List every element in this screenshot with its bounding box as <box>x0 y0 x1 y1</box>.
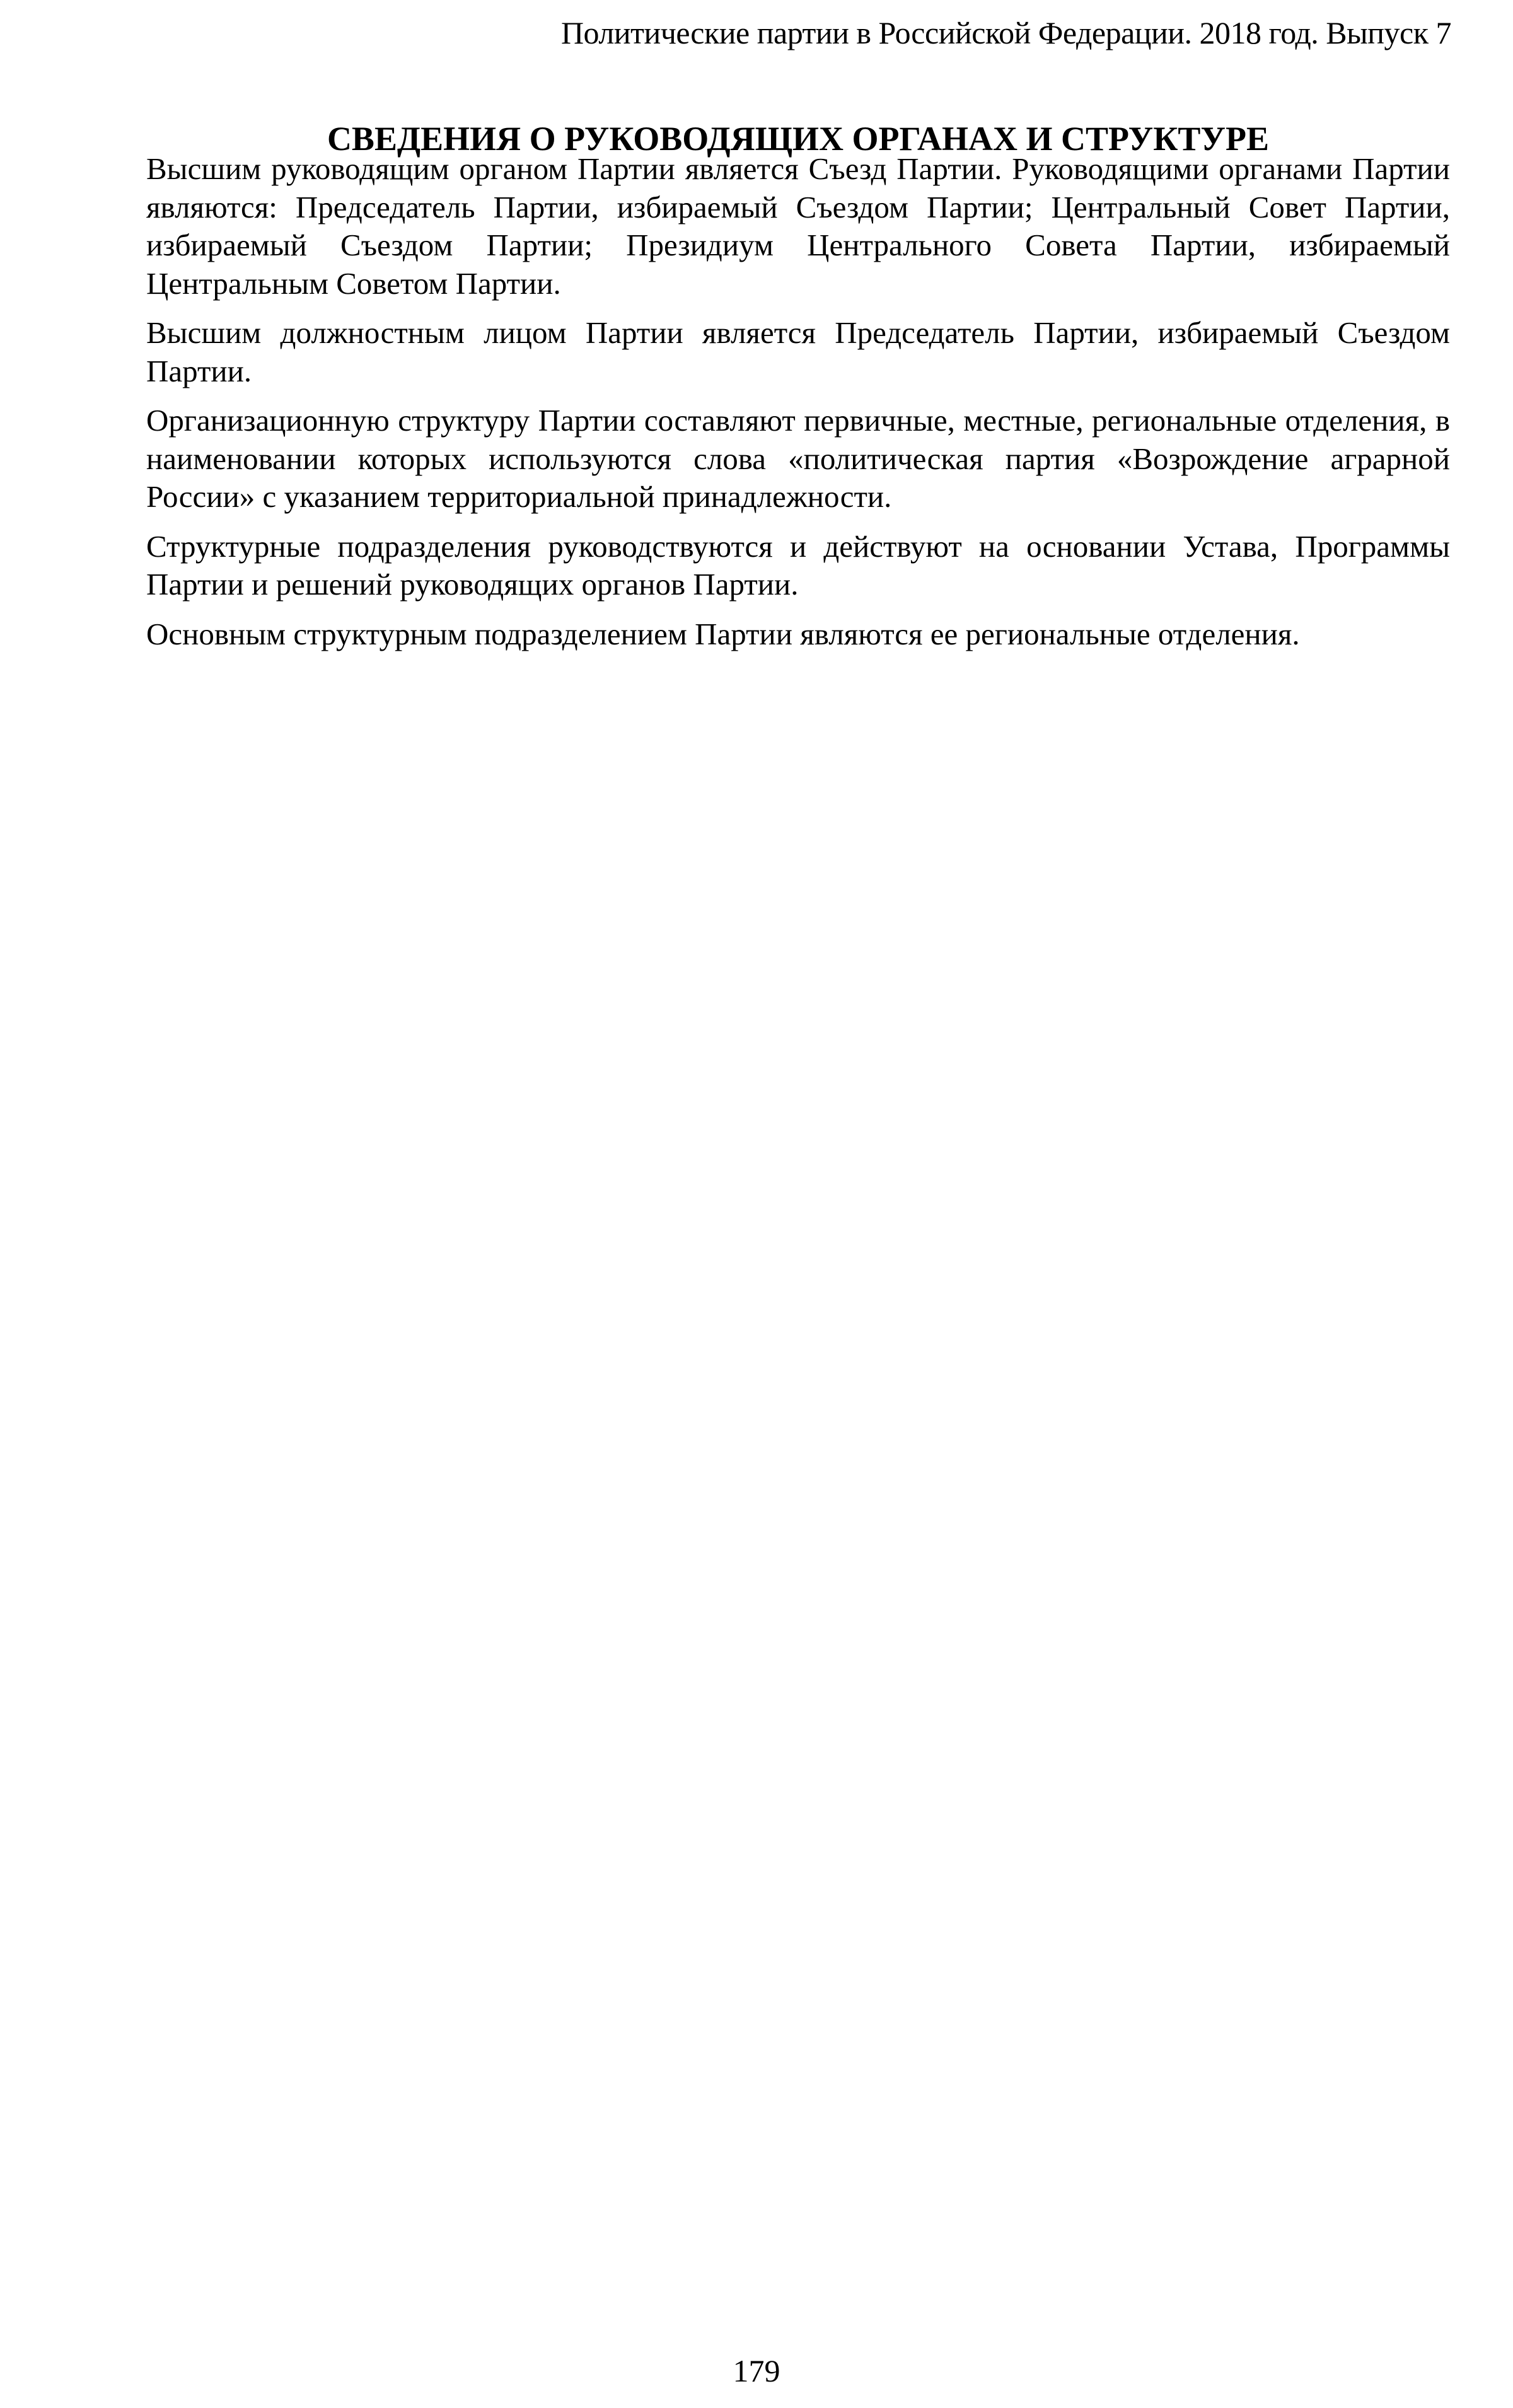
running-header: Политические партии в Российской Федерац… <box>561 14 1451 52</box>
paragraph-structural-units: Структурные подразделения руководствуютс… <box>146 528 1450 604</box>
page-number: 179 <box>0 2352 1513 2390</box>
body-text: Высшим руководящим органом Партии являет… <box>146 150 1450 665</box>
paragraph-governing-bodies: Высшим руководящим органом Партии являет… <box>146 150 1450 303</box>
paragraph-regional-branches: Основным структурным подразделением Парт… <box>146 615 1450 654</box>
paragraph-highest-official: Высшим должностным лицом Партии является… <box>146 314 1450 390</box>
paragraph-organizational-structure: Организационную структуру Партии составл… <box>146 402 1450 516</box>
